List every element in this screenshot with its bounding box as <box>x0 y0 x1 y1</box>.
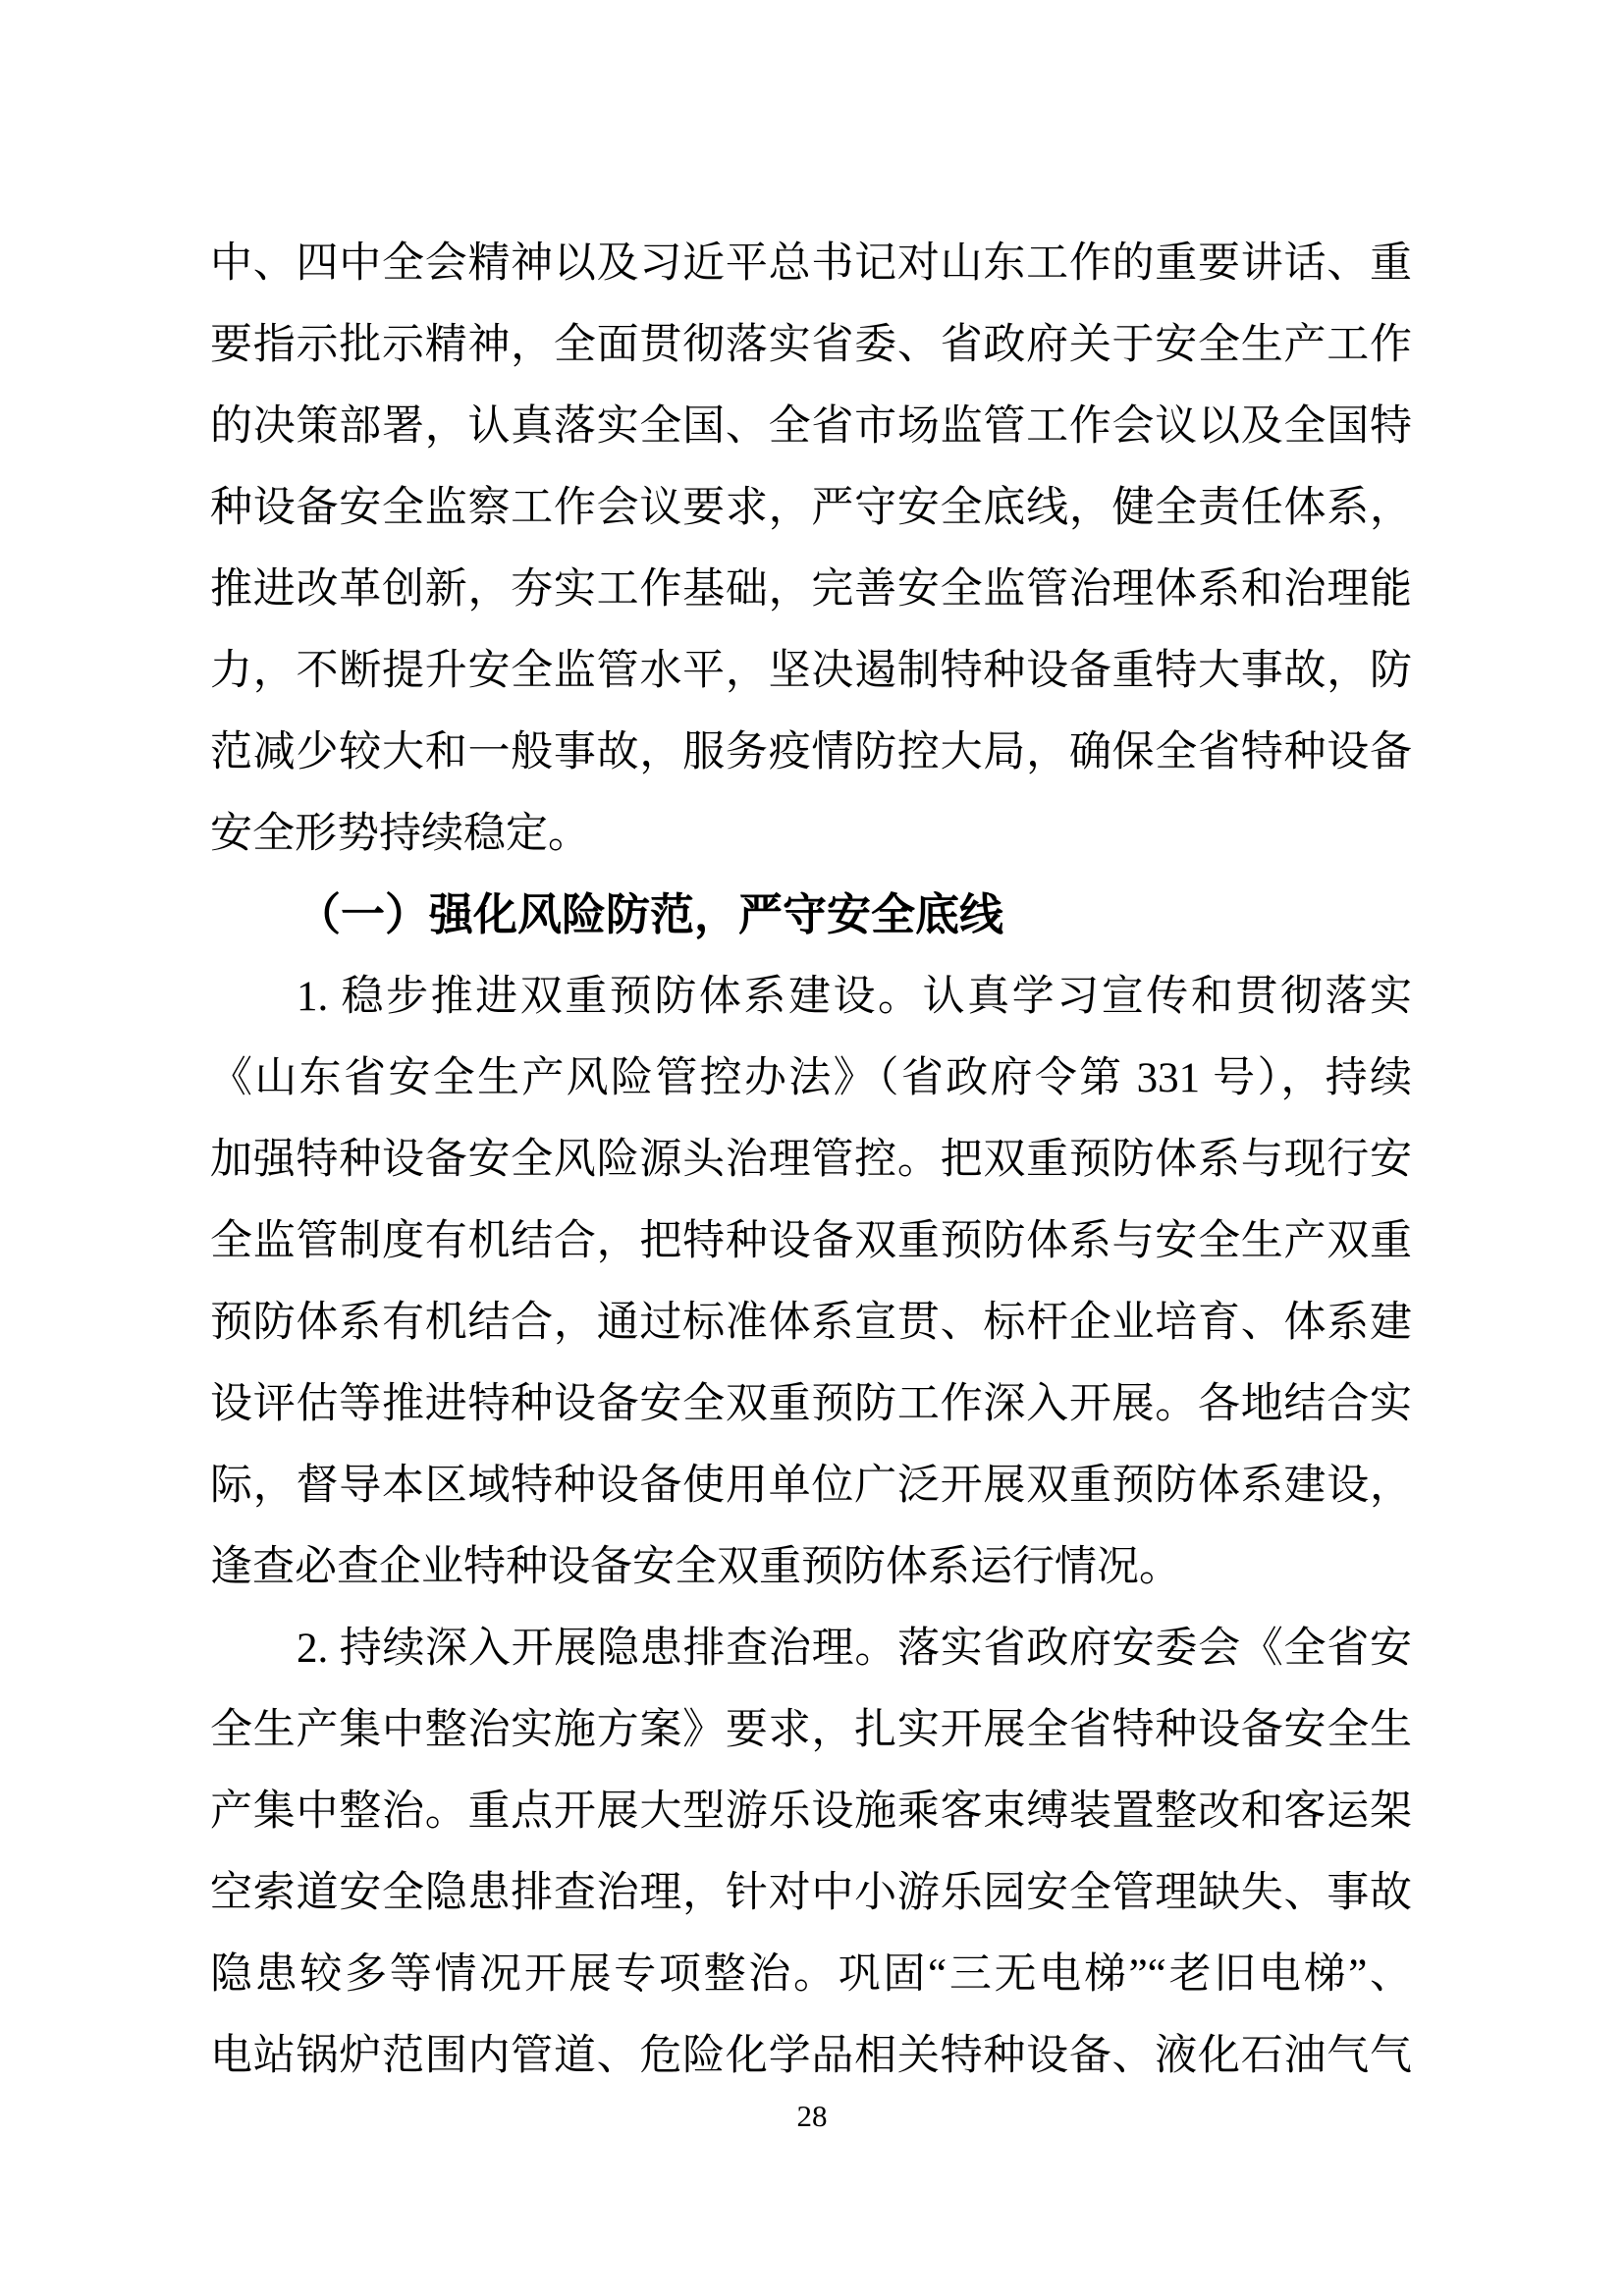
body-line: 空索道安全隐患排查治理，针对中小游乐园安全管理缺失、事故 <box>210 1852 1412 1934</box>
body-line: 际，督导本区域特种设备使用单位广泛开展双重预防体系建设， <box>210 1445 1412 1526</box>
section-heading: （一）强化风险防范，严守安全底线 <box>210 875 1412 956</box>
page-number: 28 <box>0 2097 1624 2136</box>
body-line: 要指示批示精神，全面贯彻落实省委、省政府关于安全生产工作 <box>210 304 1412 386</box>
paragraph-end-line: 逢查必查企业特种设备安全双重预防体系运行情况。 <box>210 1526 1412 1608</box>
body-line: 力，不断提升安全监管水平，坚决遏制特种设备重特大事故，防 <box>210 630 1412 712</box>
body-line: 加强特种设备安全风险源头治理管控。把双重预防体系与现行安 <box>210 1119 1412 1201</box>
body-line: 《山东省安全生产风险管控办法》（省政府令第 331 号），持续 <box>210 1038 1412 1119</box>
body-line: 电站锅炉范围内管道、危险化学品相关特种设备、液化石油气气 <box>210 2015 1412 2097</box>
body-line: 种设备安全监察工作会议要求，严守安全底线，健全责任体系， <box>210 467 1412 549</box>
body-line: 产集中整治。重点开展大型游乐设施乘客束缚装置整改和客运架 <box>210 1771 1412 1852</box>
body-line: 中、四中全会精神以及习近平总书记对山东工作的重要讲话、重 <box>210 223 1412 304</box>
paragraph-first-line: 2. 持续深入开展隐患排查治理。落实省政府安委会《全省安 <box>210 1608 1412 1689</box>
body-line: 推进改革创新，夯实工作基础，完善安全监管治理体系和治理能 <box>210 549 1412 630</box>
document-body: 中、四中全会精神以及习近平总书记对山东工作的重要讲话、重 要指示批示精神，全面贯… <box>210 223 1412 2097</box>
body-line: 范减少较大和一般事故，服务疫情防控大局，确保全省特种设备 <box>210 712 1412 793</box>
body-line: 预防体系有机结合，通过标准体系宣贯、标杆企业培育、体系建 <box>210 1282 1412 1363</box>
body-line: 全监管制度有机结合，把特种设备双重预防体系与安全生产双重 <box>210 1201 1412 1282</box>
paragraph-end-line: 安全形势持续稳定。 <box>210 793 1412 875</box>
paragraph-first-line: 1. 稳步推进双重预防体系建设。认真学习宣传和贯彻落实 <box>210 956 1412 1038</box>
body-line: 设评估等推进特种设备安全双重预防工作深入开展。各地结合实 <box>210 1363 1412 1445</box>
body-line: 隐患较多等情况开展专项整治。巩固“三无电梯”“老旧电梯”、 <box>210 1934 1412 2015</box>
body-line: 的决策部署，认真落实全国、全省市场监管工作会议以及全国特 <box>210 386 1412 467</box>
document-page: 中、四中全会精神以及习近平总书记对山东工作的重要讲话、重 要指示批示精神，全面贯… <box>0 0 1624 2296</box>
body-line: 全生产集中整治实施方案》要求，扎实开展全省特种设备安全生 <box>210 1689 1412 1771</box>
